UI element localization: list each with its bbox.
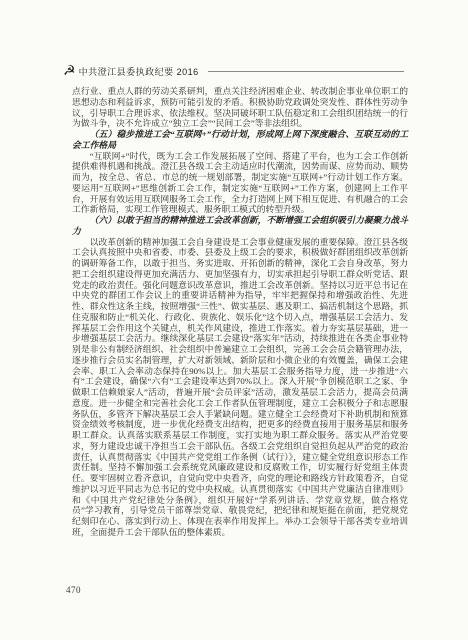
paragraph: 以改革创新的精神加强工会自身建设是工会事业健康发展的重要保障。澄江县各级工会认真… — [72, 237, 408, 538]
header-rule — [208, 71, 404, 72]
section-heading-6: （六）以敢于担当的精神推进工会改革创新，不断增强工会组织吸引力凝聚力战斗力 — [72, 215, 408, 237]
page-header: ☭ 中共澄江县委执政纪要 2016 — [63, 63, 404, 79]
paragraph-continuation: 点行业、重点人群的劳动关系研判，重点关注经济困难企业、转改制企事业单位职工的思想… — [72, 86, 408, 129]
party-emblem-icon: ☭ — [63, 64, 76, 78]
header-title: 中共澄江县委执政纪要 2016 — [79, 65, 199, 78]
paragraph: “互联网+”时代，既为工会工作发展拓展了空间、搭建了平台，也为工会工作创新提供难… — [72, 151, 408, 216]
section-heading-5: （五）稳步推进工会“互联网+”行动计划，形成网上网下深度融合、互联互动的工会工作… — [72, 129, 408, 151]
page-number: 470 — [66, 585, 81, 595]
book-page: ☭ 中共澄江县委执政纪要 2016 点行业、重点人群的劳动关系研判，重点关注经济… — [0, 0, 468, 640]
body-text: 点行业、重点人群的劳动关系研判，重点关注经济困难企业、转改制企事业单位职工的思想… — [72, 86, 408, 538]
